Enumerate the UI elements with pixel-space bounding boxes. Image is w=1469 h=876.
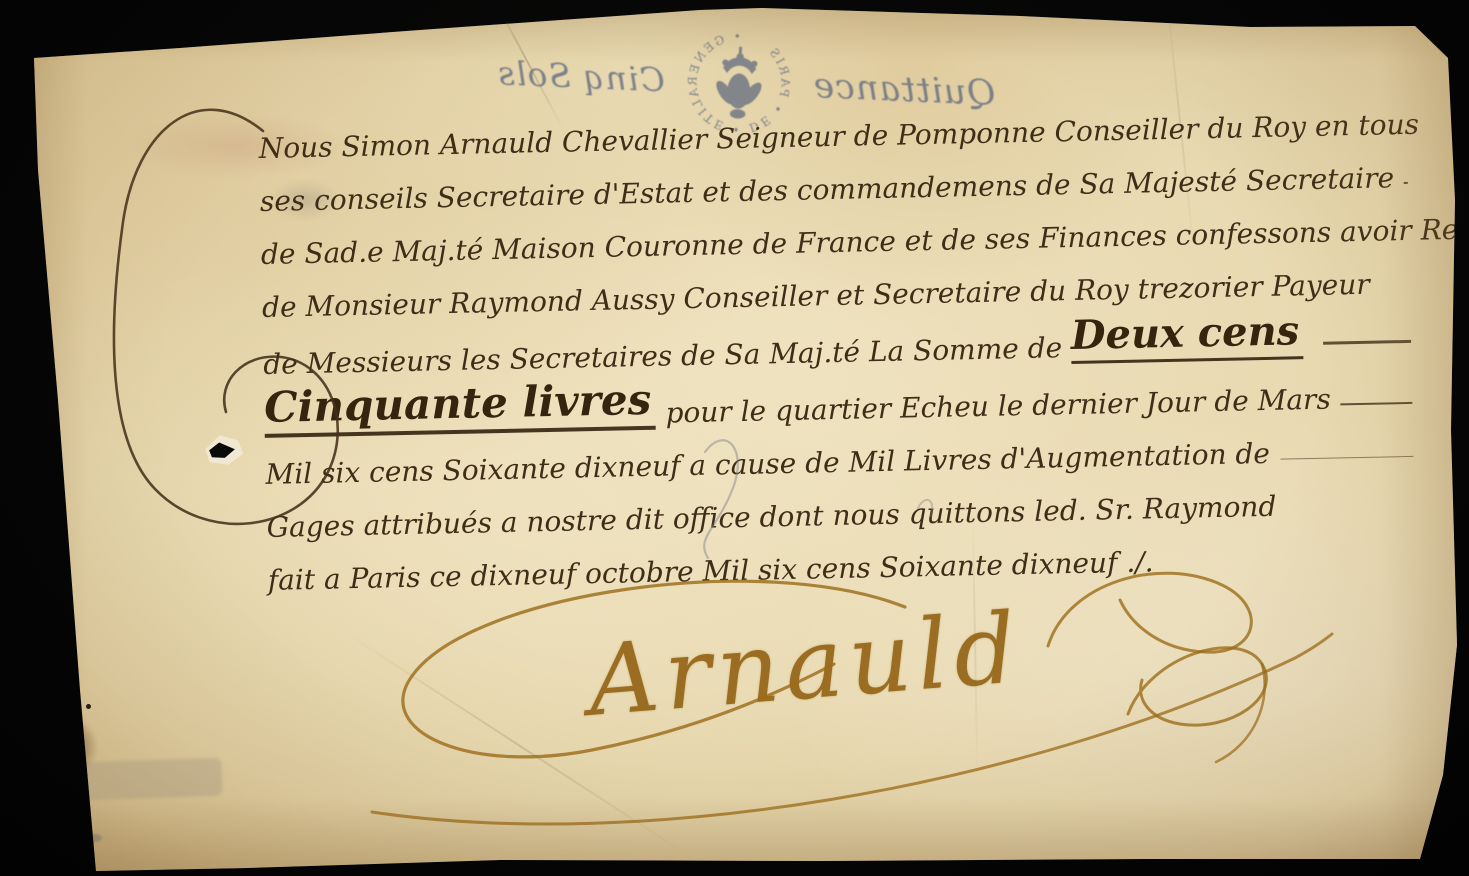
signature-paraph [1128,648,1266,725]
arnauld-signature: Arnauld [584,591,1026,738]
pen-filler-line [1280,456,1413,460]
signature-upper-loop [1048,573,1251,652]
stamp-word-cinq-sols: Cinq Sols [496,53,665,99]
parchment-hole [202,434,244,466]
manuscript-body: Nous Simon Arnauld Chevallier Seigneur d… [258,88,1420,597]
parchment-hole-dark [208,441,236,459]
parchment-document: Quittance • GENERALITE • DE • PARIS [0,0,1469,876]
photo-background: Quittance • GENERALITE • DE • PARIS [0,0,1469,876]
signature-paraph-tail [1216,664,1265,762]
ink-speck [86,704,91,709]
gray-smudge [86,834,102,842]
ink-speck [120,18,124,22]
tape-residue-patch [81,758,222,801]
pen-filler-line [1323,340,1411,345]
manuscript-text: fait a Paris ce dixneuf octobre Mil six … [267,545,1153,597]
pen-filler-line [1404,182,1408,184]
sum-amount-cinquante-livres: Cinquante livres [264,375,656,438]
sum-amount-deux-cens: Deux cens [1070,307,1303,364]
pen-filler-line [1341,402,1413,405]
